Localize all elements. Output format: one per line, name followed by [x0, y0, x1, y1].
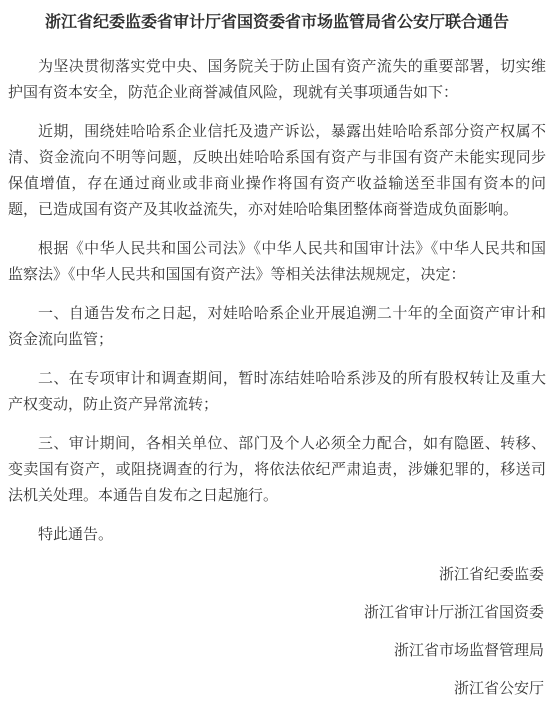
signature-line-audit-office-sasac: 浙江省审计厅浙江省国资委 — [8, 600, 546, 626]
paragraph-intro: 为坚决贯彻落实党中央、国务院关于防止国有资产流失的重要部署，切实维护国有资本安全… — [8, 54, 546, 106]
notice-document: 浙江省纪委监委省审计厅省国资委省市场监管局省公安厅联合通告 为坚决贯彻落实党中央… — [0, 0, 554, 712]
paragraph-closing: 特此通告。 — [8, 522, 546, 548]
signature-line-discipline-commission: 浙江省纪委监委 — [8, 562, 546, 588]
signature-line-market-regulation-bureau: 浙江省市场监督管理局 — [8, 638, 546, 664]
paragraph-item-3: 三、审计期间，各相关单位、部门及个人必须全力配合，如有隐匿、转移、变卖国有资产，… — [8, 431, 546, 509]
signature-line-public-security-department: 浙江省公安厅 — [8, 676, 546, 702]
signature-block: 浙江省纪委监委 浙江省审计厅浙江省国资委 浙江省市场监督管理局 浙江省公安厅 — [8, 562, 546, 702]
paragraph-item-2: 二、在专项审计和调查期间，暂时冻结娃哈哈系涉及的所有股权转让及重大产权变动，防止… — [8, 366, 546, 418]
paragraph-item-1: 一、自通告发布之日起，对娃哈哈系企业开展追溯二十年的全面资产审计和资金流向监管； — [8, 301, 546, 353]
document-title: 浙江省纪委监委省审计厅省国资委省市场监管局省公安厅联合通告 — [8, 12, 546, 34]
paragraph-legal-basis: 根据《中华人民共和国公司法》《中华人民共和国审计法》《中华人民共和国监察法》《中… — [8, 236, 546, 288]
paragraph-background: 近期，围绕娃哈哈系企业信托及遗产诉讼，暴露出娃哈哈系部分资产权属不清、资金流向不… — [8, 119, 546, 223]
